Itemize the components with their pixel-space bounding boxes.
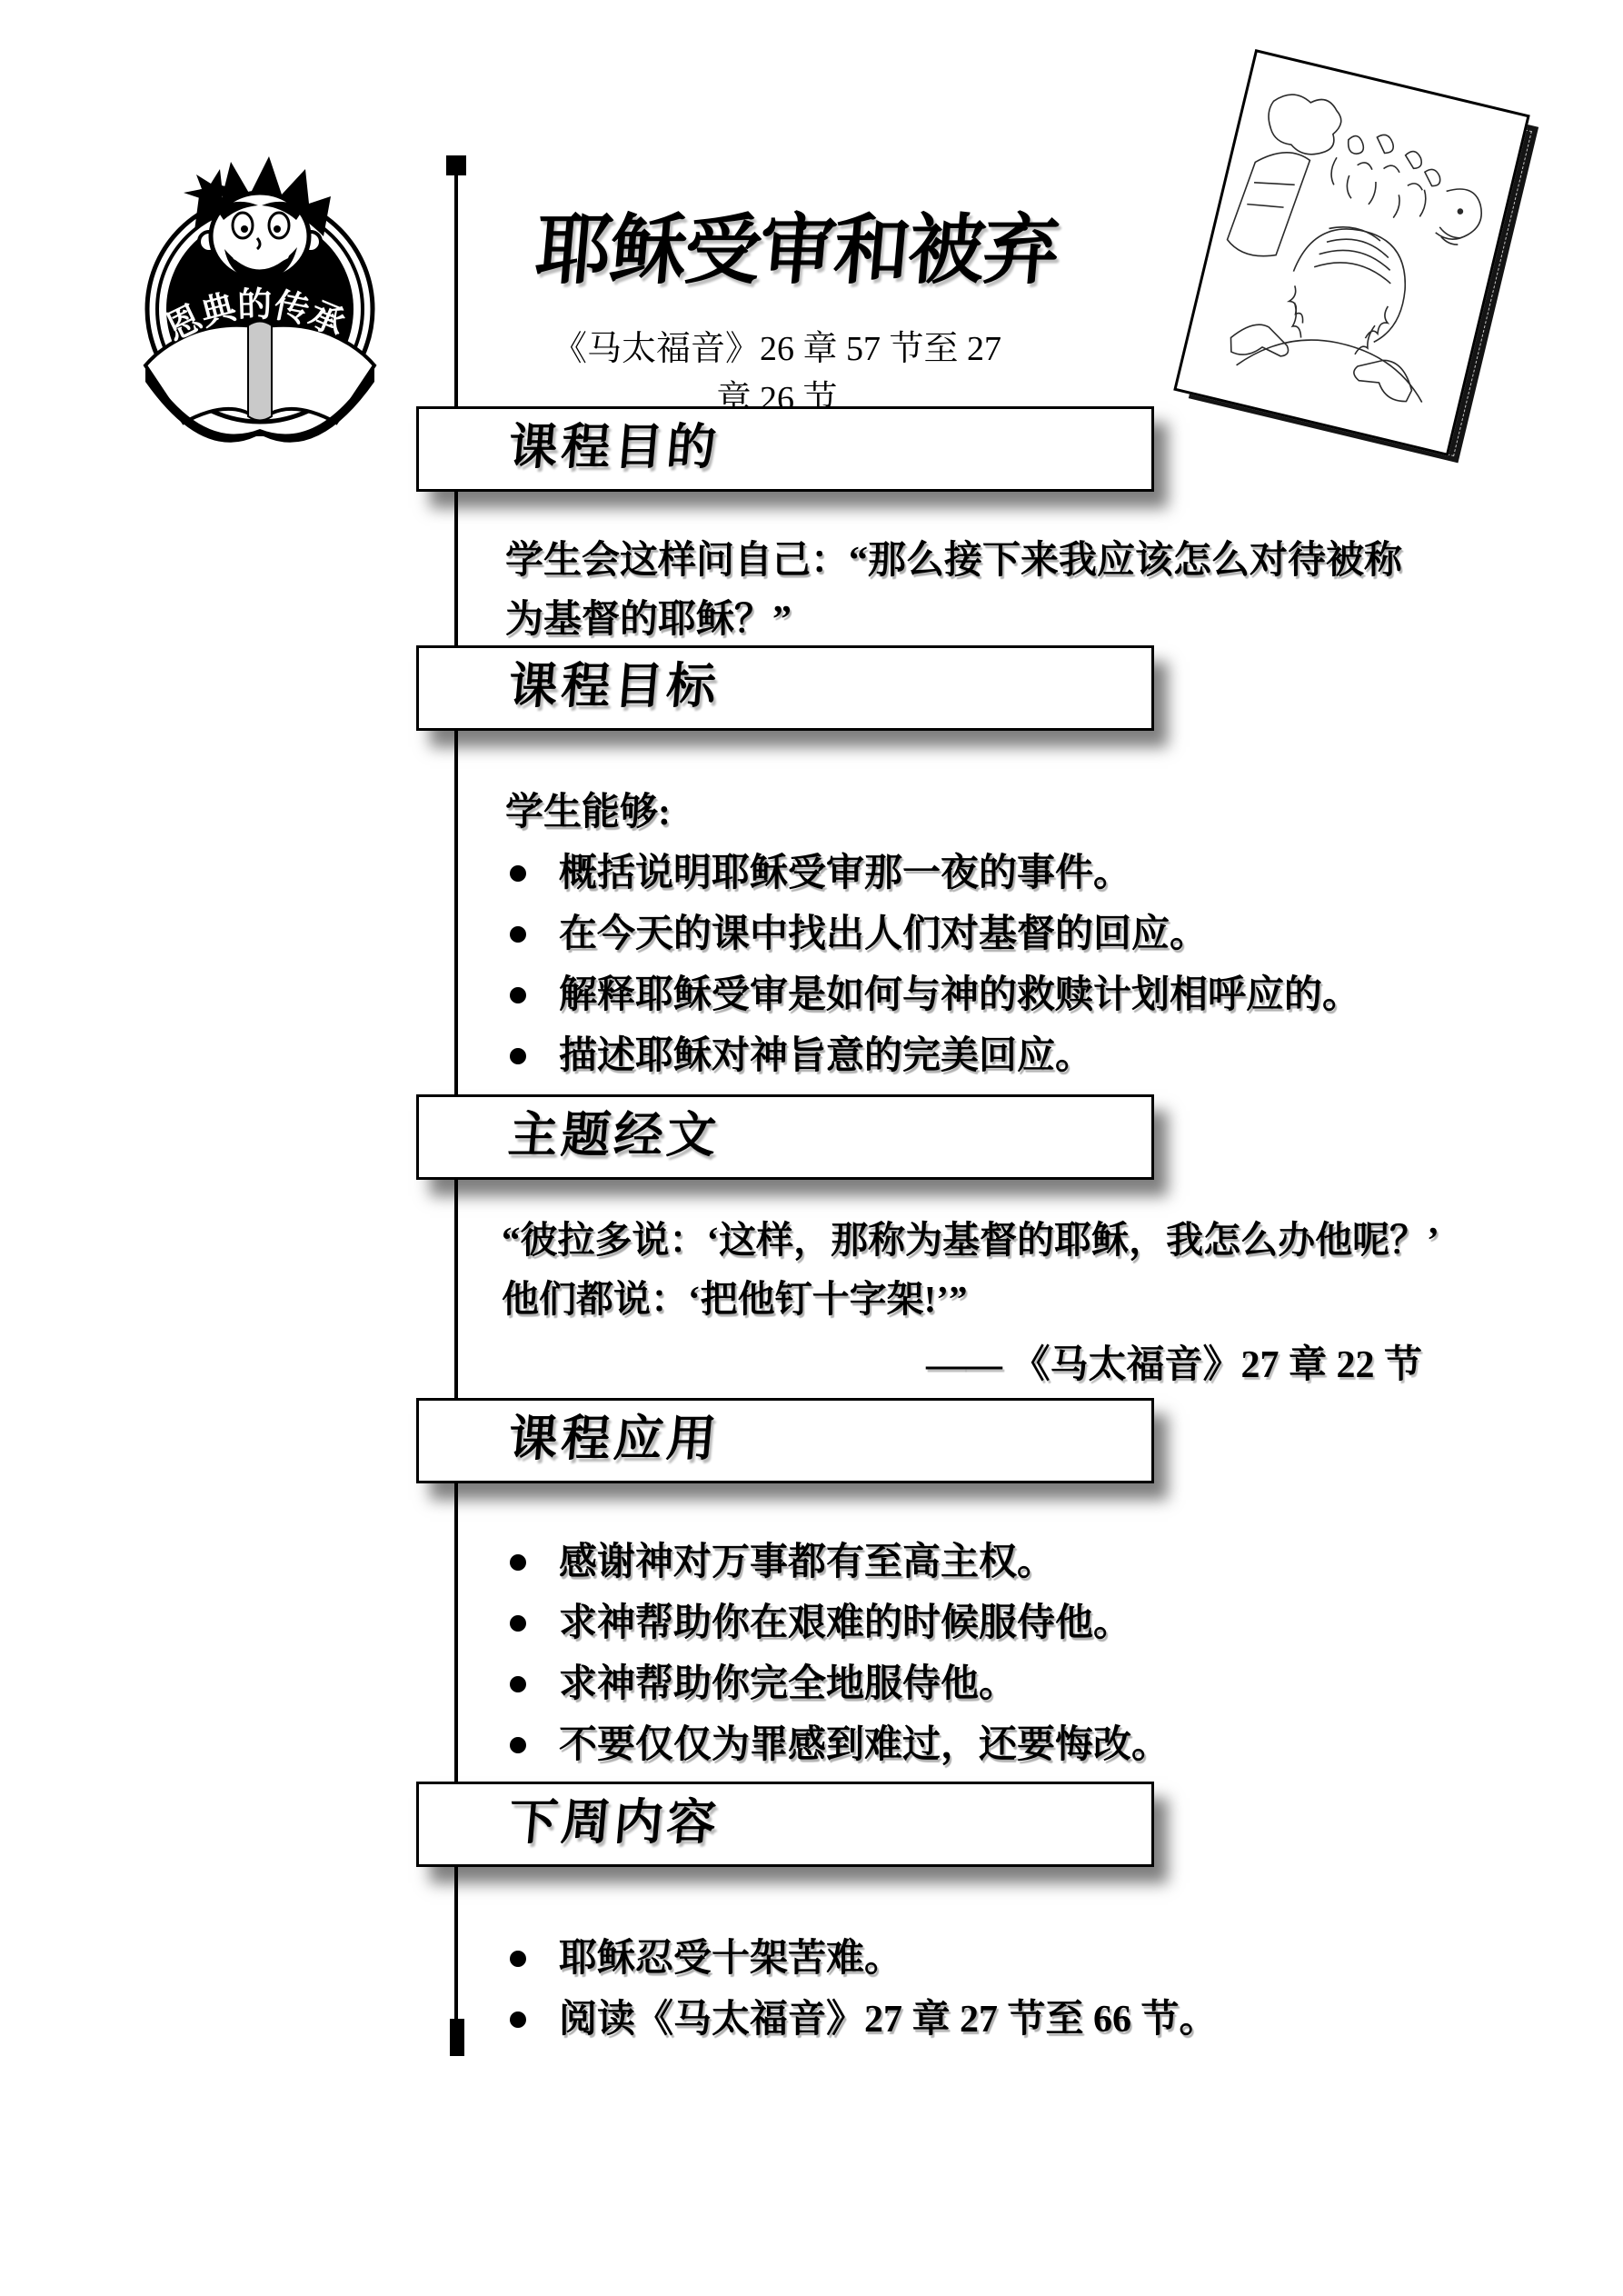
next-week-list: 耶稣忍受十架苦难。 阅读《马太福音》27 章 27 节至 66 节。 bbox=[505, 1938, 1550, 2060]
application-list: 感谢神对万事都有至高主权。 求神帮助你在艰难的时候服侍他。 求神帮助你完全地服侍… bbox=[505, 1542, 1550, 1785]
trial-crowd-illustration bbox=[1163, 27, 1590, 482]
section-label: 主题经文 bbox=[419, 1097, 1158, 1173]
illustration-card bbox=[1173, 49, 1530, 456]
section-label: 课程目的 bbox=[419, 409, 1158, 485]
section-header-scripture: 主题经文 bbox=[416, 1094, 1154, 1180]
list-item: 不要仅仅为罪感到难过，还要悔改。 bbox=[505, 1724, 1550, 1766]
list-item: 在今天的课中找出人们对基督的回应。 bbox=[505, 913, 1550, 955]
bullet-dot-icon bbox=[510, 2011, 526, 2028]
purpose-line-2: 为基督的耶稣？” bbox=[505, 591, 1523, 650]
objectives-list: 概括说明耶稣受审那一夜的事件。 在今天的课中找出人们对基督的回应。 解释耶稣受审… bbox=[505, 853, 1550, 1096]
bullet-dot-icon bbox=[510, 1737, 526, 1753]
section-label: 课程目标 bbox=[419, 648, 1158, 724]
section-label: 课程应用 bbox=[419, 1401, 1158, 1477]
page-subtitle: 《马太福音》26 章 57 节至 27 章 26 节 bbox=[532, 320, 1022, 420]
bullet-dot-icon bbox=[510, 1676, 526, 1692]
purpose-line-1: 学生会这样问自己：“那么接下来我应该怎么对待被称 bbox=[505, 532, 1523, 591]
list-item: 描述耶稣对神旨意的完美回应。 bbox=[505, 1035, 1550, 1077]
objectives-intro: 学生能够: bbox=[505, 787, 1050, 838]
list-item: 解释耶稣受审是如何与神的救赎计划相呼应的。 bbox=[505, 974, 1550, 1016]
list-item: 求神帮助你完全地服侍他。 bbox=[505, 1663, 1550, 1705]
purpose-paragraph: 学生会这样问自己：“那么接下来我应该怎么对待被称 为基督的耶稣？” bbox=[505, 532, 1523, 650]
grace-heritage-logo: 恩典的传承 bbox=[136, 153, 386, 444]
list-item: 感谢神对万事都有至高主权。 bbox=[505, 1542, 1550, 1583]
bullet-dot-icon bbox=[510, 1048, 526, 1064]
page-title: 耶稣受审和被弃 bbox=[532, 189, 1041, 299]
bullet-dot-icon bbox=[510, 865, 526, 882]
bullet-dot-icon bbox=[510, 1554, 526, 1571]
rule-top-cap bbox=[446, 155, 466, 175]
list-item: 阅读《马太福音》27 章 27 节至 66 节。 bbox=[505, 1999, 1550, 2041]
bullet-dot-icon bbox=[510, 1615, 526, 1632]
list-item: 求神帮助你在艰难的时候服侍他。 bbox=[505, 1602, 1550, 1644]
bullet-dot-icon bbox=[510, 926, 526, 943]
section-header-application: 课程应用 bbox=[416, 1398, 1154, 1483]
section-header-next-week: 下周内容 bbox=[416, 1782, 1154, 1867]
quote-line-2: 他们都说：‘把他钉十字架!’” bbox=[502, 1270, 1528, 1329]
bullet-dot-icon bbox=[510, 1951, 526, 1967]
scripture-quote: “彼拉多说：‘这样，那称为基督的耶稣，我怎么办他呢？’ 他们都说：‘把他钉十字架… bbox=[502, 1211, 1528, 1329]
rule-bottom-cap bbox=[450, 2019, 464, 2056]
section-label: 下周内容 bbox=[419, 1784, 1158, 1861]
bullet-dot-icon bbox=[510, 987, 526, 1003]
lesson-handout-page: 恩典的传承 耶稣受审和被弃 《马太福音》26 章 57 节至 27 章 26 节 bbox=[0, 0, 1623, 2296]
section-header-purpose: 课程目的 bbox=[416, 406, 1154, 492]
list-item: 概括说明耶稣受审那一夜的事件。 bbox=[505, 853, 1550, 894]
quote-line-1: “彼拉多说：‘这样，那称为基督的耶稣，我怎么办他呢？’ bbox=[502, 1211, 1528, 1270]
scripture-attribution: —— 《马太福音》27 章 22 节 bbox=[504, 1334, 1422, 1389]
list-item: 耶稣忍受十架苦难。 bbox=[505, 1938, 1550, 1980]
section-header-objectives: 课程目标 bbox=[416, 645, 1154, 731]
